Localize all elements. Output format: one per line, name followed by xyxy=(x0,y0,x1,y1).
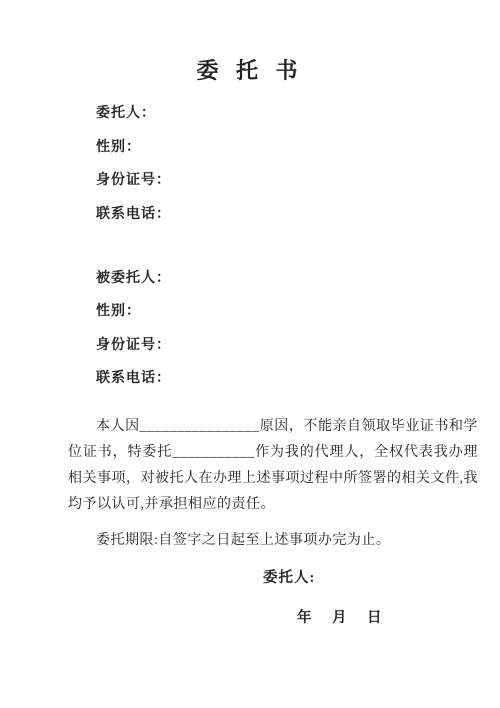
principal-name-label: 委托人： xyxy=(68,104,478,124)
principal-id-label: 身份证号： xyxy=(68,171,478,191)
agent-gender-label: 性别： xyxy=(68,302,478,322)
signature-principal-label: 委托人: xyxy=(263,568,478,588)
document-page: 委 托 书 委托人： 性别： 身份证号： 联系电话： 被委托人： 性别： 身份证… xyxy=(0,0,500,708)
agent-name-label: 被委托人： xyxy=(68,269,478,289)
document-content: 委托人： 性别： 身份证号： 联系电话： 被委托人： 性别： 身份证号： 联系电… xyxy=(0,104,500,628)
authorization-term-line: 委托期限:自签字之日起至上述事项办完为止。 xyxy=(68,528,478,554)
document-title: 委 托 书 xyxy=(0,0,500,86)
agent-phone-label: 联系电话： xyxy=(68,369,478,389)
signature-date-line: 年 月 日 xyxy=(297,608,478,628)
agent-id-label: 身份证号： xyxy=(68,336,478,356)
principal-phone-label: 联系电话： xyxy=(68,205,478,225)
agent-section: 被委托人： 性别： 身份证号： 联系电话： xyxy=(68,269,478,390)
authorization-body-paragraph: 本人因________________原因，不能亲自领取毕业证书和学位证书，特委… xyxy=(68,414,478,518)
principal-section: 委托人： 性别： 身份证号： 联系电话： xyxy=(68,104,478,225)
principal-gender-label: 性别： xyxy=(68,138,478,158)
